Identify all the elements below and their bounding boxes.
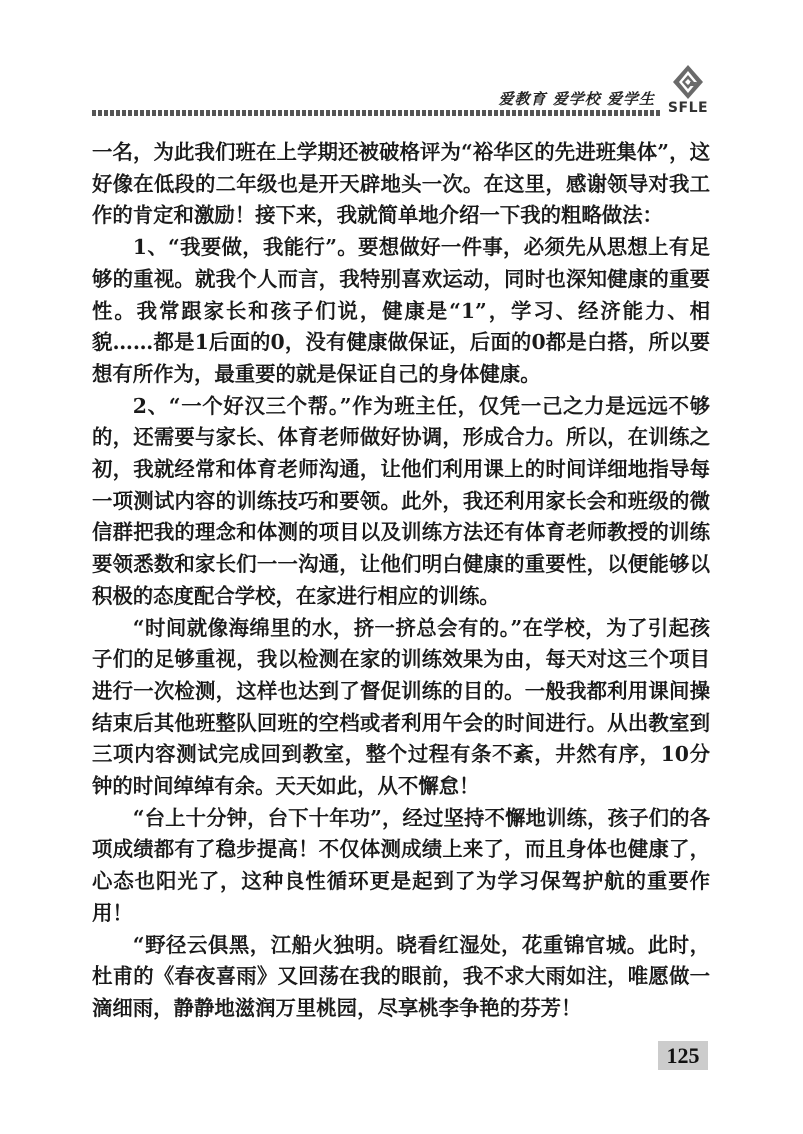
- paragraph-time: “时间就像海绵里的水，挤一挤总会有的。”在学校，为了引起孩子们的足够重视，我以检…: [92, 613, 710, 803]
- sfle-logo-icon: [670, 64, 706, 100]
- paragraph-intro: 一名，为此我们班在上学期还被破格评为“裕华区的先进班集体”，这好像在低段的二年级…: [92, 137, 710, 232]
- header-motto: 爱教育 爱学校 爱学生: [440, 88, 655, 109]
- paragraph-point-2: 2、“一个好汉三个帮。”作为班主任，仅凭一己之力是远远不够的，还需要与家长、体育…: [92, 391, 710, 613]
- page-number: 125: [658, 1041, 708, 1070]
- sfle-logo: SFLE: [660, 64, 714, 118]
- sfle-logo-text: SFLE: [662, 100, 714, 116]
- paragraph-results: “台上十分钟，台下十年功”，经过坚持不懈地训练，孩子们的各项成绩都有了稳步提高！…: [92, 803, 710, 930]
- paragraph-point-1: 1、“我要做，我能行”。要想做好一件事，必须先从思想上有足够的重视。就我个人而言…: [92, 232, 710, 391]
- header-dotted-rule: [92, 110, 660, 116]
- paragraph-closing: “野径云俱黑，江船火独明。晓看红湿处，花重锦官城。此时，杜甫的《春夜喜雨》又回荡…: [92, 930, 710, 1025]
- article-body: 一名，为此我们班在上学期还被破格评为“裕华区的先进班集体”，这好像在低段的二年级…: [92, 137, 710, 1025]
